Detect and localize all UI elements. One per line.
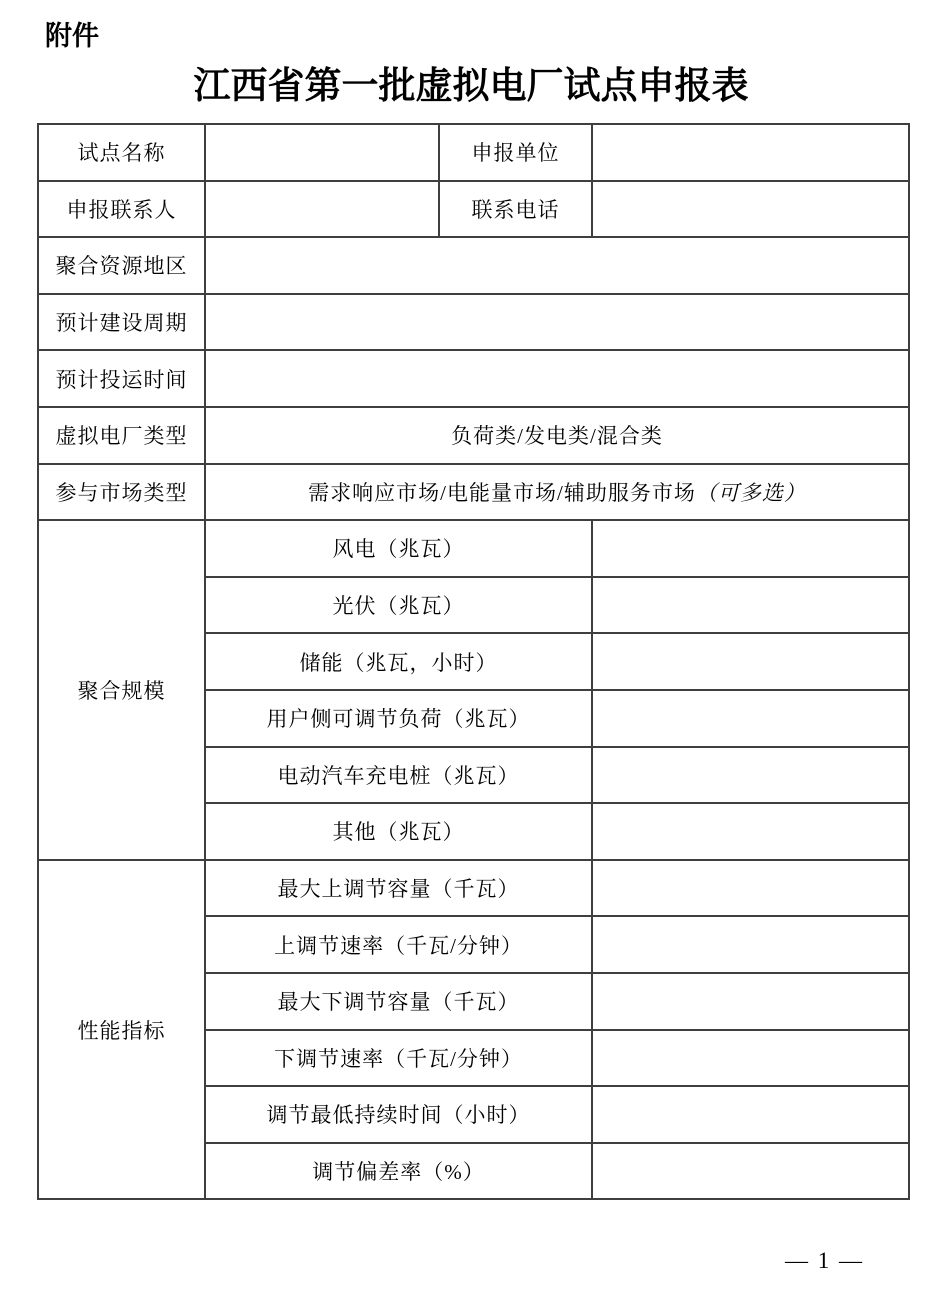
page-number: — 1 — (785, 1248, 864, 1274)
field-label-max-down-capacity: 最大下调节容量（千瓦） (205, 973, 592, 1030)
field-label-storage: 储能（兆瓦，小时） (205, 633, 592, 690)
field-value-construction-period (205, 294, 909, 351)
table-row: 虚拟电厂类型 负荷类/发电类/混合类 (38, 407, 909, 464)
field-label-other: 其他（兆瓦） (205, 803, 592, 860)
field-label-deviation-rate: 调节偏差率（%） (205, 1143, 592, 1200)
field-label-operation-date: 预计投运时间 (38, 350, 205, 407)
field-label-resource-region: 聚合资源地区 (38, 237, 205, 294)
field-value-applicant-unit (592, 124, 909, 181)
section-label-aggregation-scale: 聚合规模 (38, 520, 205, 860)
field-value-other (592, 803, 909, 860)
page-title: 江西省第一批虚拟电厂试点申报表 (0, 66, 942, 108)
field-value-down-ramp-rate (592, 1030, 909, 1087)
field-value-wind (592, 520, 909, 577)
field-label-applicant-unit: 申报单位 (439, 124, 592, 181)
table-row: 聚合规模 风电（兆瓦） (38, 520, 909, 577)
section-label-performance-index: 性能指标 (38, 860, 205, 1200)
table-row: 预计建设周期 (38, 294, 909, 351)
field-value-ev-charging (592, 747, 909, 804)
field-value-storage (592, 633, 909, 690)
field-value-max-down-capacity (592, 973, 909, 1030)
field-value-adjustable-load (592, 690, 909, 747)
field-value-vpp-type: 负荷类/发电类/混合类 (205, 407, 909, 464)
field-label-max-up-capacity: 最大上调节容量（千瓦） (205, 860, 592, 917)
market-type-note: （可多选） (696, 481, 806, 505)
field-value-min-duration (592, 1086, 909, 1143)
field-value-operation-date (205, 350, 909, 407)
field-label-contact-person: 申报联系人 (38, 181, 205, 238)
field-label-market-type: 参与市场类型 (38, 464, 205, 521)
field-value-resource-region (205, 237, 909, 294)
field-label-down-ramp-rate: 下调节速率（千瓦/分钟） (205, 1030, 592, 1087)
field-value-deviation-rate (592, 1143, 909, 1200)
table-row: 性能指标 最大上调节容量（千瓦） (38, 860, 909, 917)
table-row: 试点名称 申报单位 (38, 124, 909, 181)
field-label-pilot-name: 试点名称 (38, 124, 205, 181)
document-page: 附件 江西省第一批虚拟电厂试点申报表 试点名称 申报单位 申报联系人 联系电话 (0, 0, 942, 1298)
table-row: 预计投运时间 (38, 350, 909, 407)
field-label-contact-phone: 联系电话 (439, 181, 592, 238)
field-value-contact-phone (592, 181, 909, 238)
field-label-up-ramp-rate: 上调节速率（千瓦/分钟） (205, 916, 592, 973)
field-label-vpp-type: 虚拟电厂类型 (38, 407, 205, 464)
field-value-pilot-name (205, 124, 439, 181)
field-label-adjustable-load: 用户侧可调节负荷（兆瓦） (205, 690, 592, 747)
table-row: 参与市场类型 需求响应市场/电能量市场/辅助服务市场（可多选） (38, 464, 909, 521)
field-label-wind: 风电（兆瓦） (205, 520, 592, 577)
field-label-construction-period: 预计建设周期 (38, 294, 205, 351)
field-value-solar (592, 577, 909, 634)
field-label-min-duration: 调节最低持续时间（小时） (205, 1086, 592, 1143)
application-form-table: 试点名称 申报单位 申报联系人 联系电话 聚合资源地区 预计建设周期 (37, 123, 910, 1200)
market-type-options: 需求响应市场/电能量市场/辅助服务市场 (308, 481, 696, 505)
field-label-ev-charging: 电动汽车充电桩（兆瓦） (205, 747, 592, 804)
field-value-up-ramp-rate (592, 916, 909, 973)
field-value-max-up-capacity (592, 860, 909, 917)
field-value-contact-person (205, 181, 439, 238)
table-row: 申报联系人 联系电话 (38, 181, 909, 238)
table-row: 聚合资源地区 (38, 237, 909, 294)
field-label-solar: 光伏（兆瓦） (205, 577, 592, 634)
attachment-label: 附件 (45, 20, 99, 52)
field-value-market-type: 需求响应市场/电能量市场/辅助服务市场（可多选） (205, 464, 909, 521)
